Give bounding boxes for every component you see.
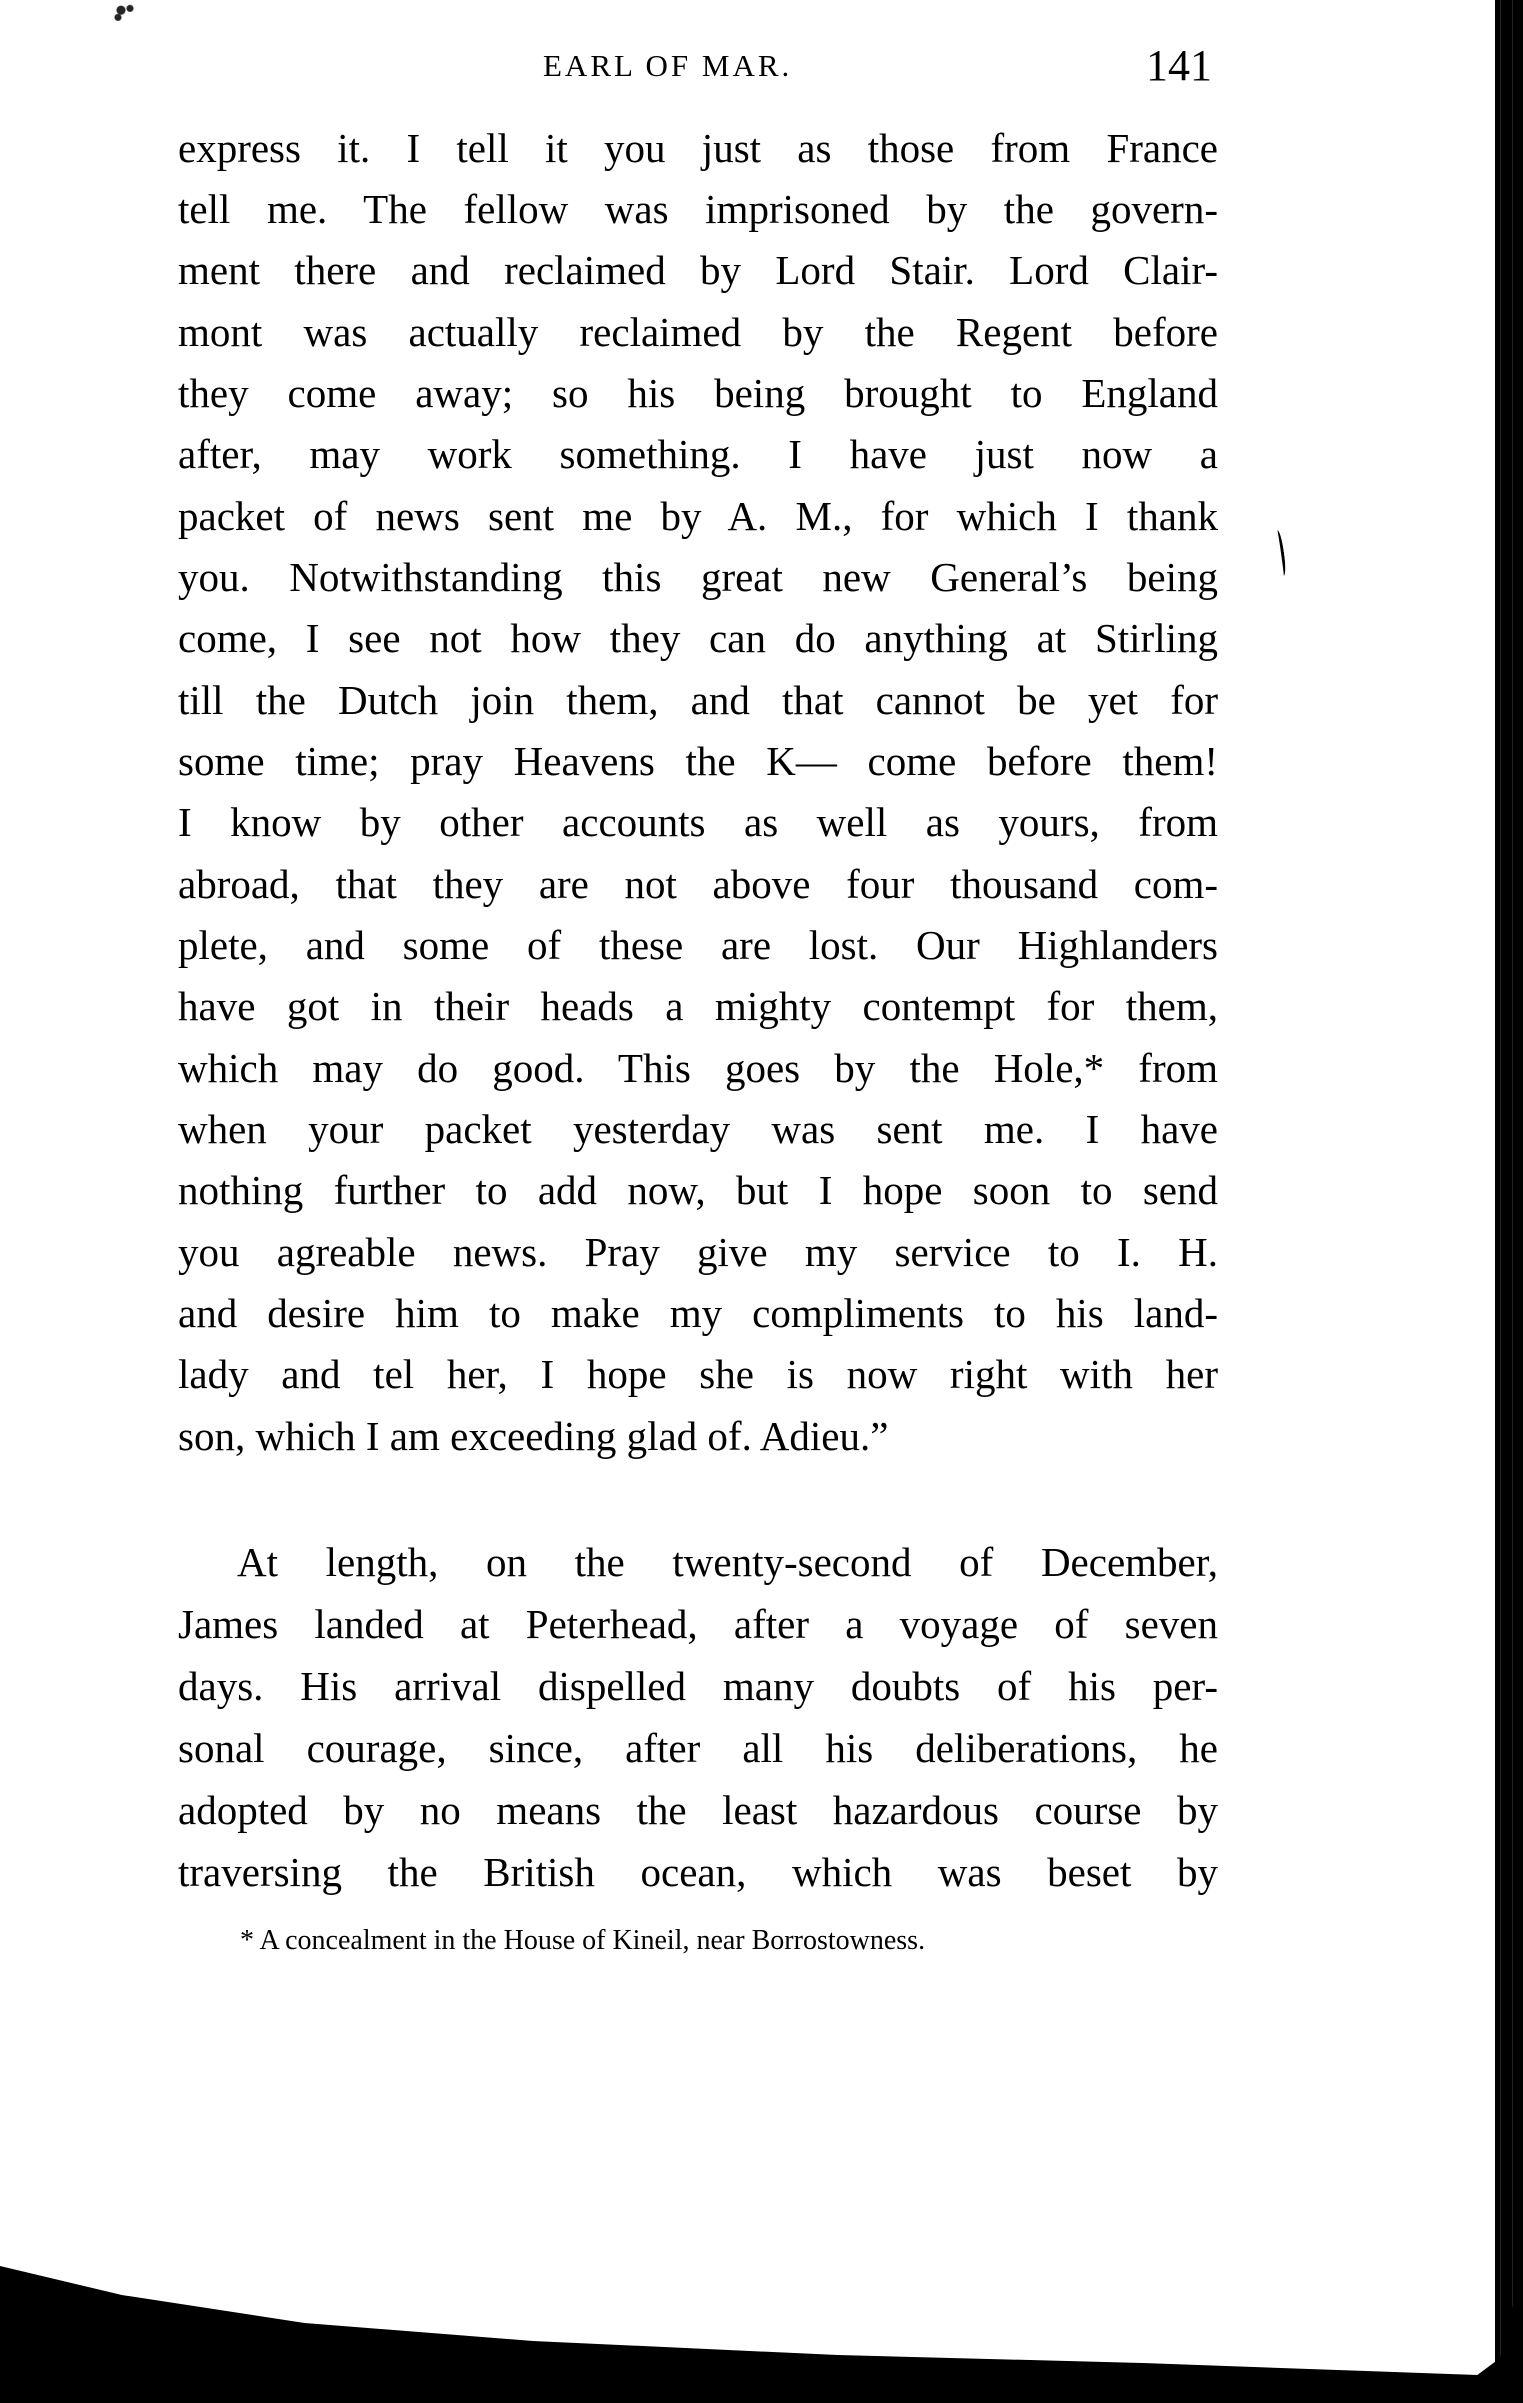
page-number: 141	[1146, 40, 1212, 91]
text-line: ment there and reclaimed by Lord Stair. …	[178, 240, 1218, 300]
text-line: after, may work something. I have just n…	[178, 424, 1218, 484]
text-line: mont was actually reclaimed by the Regen…	[178, 302, 1218, 362]
text-line: traversing the British ocean, which was …	[178, 1842, 1218, 1902]
page-bottom-shadow	[0, 2263, 1523, 2403]
text-line: adopted by no means the least hazardous …	[178, 1780, 1218, 1840]
ink-speck	[112, 3, 142, 21]
text-line: plete, and some of these are lost. Our H…	[178, 915, 1218, 975]
text-line: lady and tel her, I hope she is now righ…	[178, 1344, 1218, 1404]
running-head: EARL OF MAR.	[543, 48, 792, 84]
text-line: till the Dutch join them, and that canno…	[178, 670, 1218, 730]
text-line: have got in their heads a mighty contemp…	[178, 976, 1218, 1036]
text-line: when your packet yesterday was sent me. …	[178, 1099, 1218, 1159]
text-line: abroad, that they are not above four tho…	[178, 854, 1218, 914]
text-line: and desire him to make my compliments to…	[178, 1283, 1218, 1343]
text-line: days. His arrival dispelled many doubts …	[178, 1656, 1218, 1716]
text-line: son, which I am exceeding glad of. Adieu…	[178, 1406, 878, 1466]
text-line: which may do good. This goes by the Hole…	[178, 1038, 1218, 1098]
text-line: they come away; so his being brought to …	[178, 363, 1218, 423]
text-line: nothing further to add now, but I hope s…	[178, 1160, 1218, 1220]
text-line: At length, on the twenty-second of Decem…	[237, 1532, 1218, 1592]
text-line: tell me. The fellow was imprisoned by th…	[178, 179, 1218, 239]
text-line: sonal courage, since, after all his deli…	[178, 1718, 1218, 1778]
text-line: James landed at Peterhead, after a voyag…	[178, 1594, 1218, 1654]
text-line: packet of news sent me by A. M., for whi…	[178, 486, 1218, 546]
text-line: come, I see not how they can do anything…	[178, 608, 1218, 668]
page-edge-shadow	[1495, 0, 1523, 2403]
text-line: you agreable news. Pray give my service …	[178, 1222, 1218, 1282]
book-page: EARL OF MAR. 141 express it. I tell it y…	[0, 0, 1523, 2403]
text-line: I know by other accounts as well as your…	[178, 792, 1218, 852]
text-line: express it. I tell it you just as those …	[178, 118, 1218, 178]
footnote: * A concealment in the House of Kineil, …	[240, 1925, 925, 1957]
margin-mark	[1274, 530, 1287, 577]
text-line: some time; pray Heavens the K— come befo…	[178, 731, 1218, 791]
text-line: you. Notwithstanding this great new Gene…	[178, 547, 1218, 607]
